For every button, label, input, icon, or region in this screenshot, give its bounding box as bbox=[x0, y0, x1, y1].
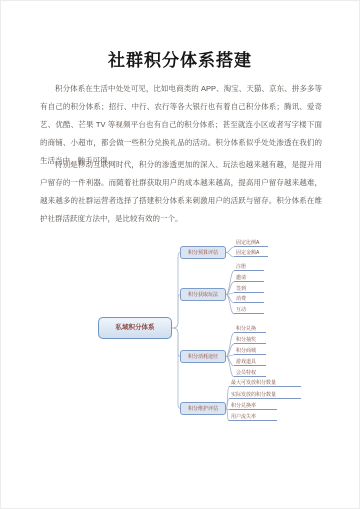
mindmap-leaf: 积分商城 bbox=[234, 348, 266, 355]
mindmap-leaf: 固定比例A bbox=[234, 240, 268, 247]
mindmap-branch-maintenance: 积分维护评估 bbox=[180, 402, 226, 415]
document-page: 社群积分体系搭建 积分体系在生活中处处可见，比如电商类的 APP、淘宝、天猫、京… bbox=[0, 0, 360, 509]
mindmap-leaf: 积分兑换 bbox=[234, 326, 266, 333]
mindmap-branch-budget: 积分预算评估 bbox=[180, 246, 226, 259]
mindmap-leaf: 注册 bbox=[234, 264, 264, 271]
mindmap-branch-spending: 积分消耗途径 bbox=[180, 350, 226, 363]
mindmap-branch-earning: 积分获取玩法 bbox=[180, 288, 226, 301]
mindmap-leaf: 最大可发放积分数量 bbox=[229, 380, 301, 387]
mindmap-leaf: 邀请 bbox=[234, 275, 264, 282]
mindmap-leaf: 积分兑换率 bbox=[229, 403, 277, 410]
mindmap-leaf: 互动 bbox=[234, 307, 264, 314]
mindmap-leaf: 签到 bbox=[234, 286, 264, 293]
mindmap-diagram: 私域积分体系 积分预算评估 积分获取玩法 积分消耗途径 积分维护评估 固定比例A… bbox=[0, 238, 360, 438]
mindmap-root-node: 私域积分体系 bbox=[98, 317, 172, 339]
mindmap-leaf: 固定金额A bbox=[234, 250, 268, 257]
mindmap-leaf: 消费 bbox=[234, 296, 264, 303]
mindmap-leaf: 用户流失率 bbox=[229, 414, 277, 421]
mindmap-leaf: 积分抽奖 bbox=[234, 337, 266, 344]
page-title: 社群积分体系搭建 bbox=[0, 46, 360, 71]
mindmap-leaf: 会员特权 bbox=[234, 370, 266, 377]
body-paragraph-2: 特别是移动互联网时代，积分的渗透更加的深入、玩法也越来越有趣，是提升用户留存的一… bbox=[40, 156, 322, 228]
mindmap-leaf: 实际发放的积分数量 bbox=[229, 392, 301, 399]
mindmap-leaf: 游戏道具 bbox=[234, 359, 266, 366]
